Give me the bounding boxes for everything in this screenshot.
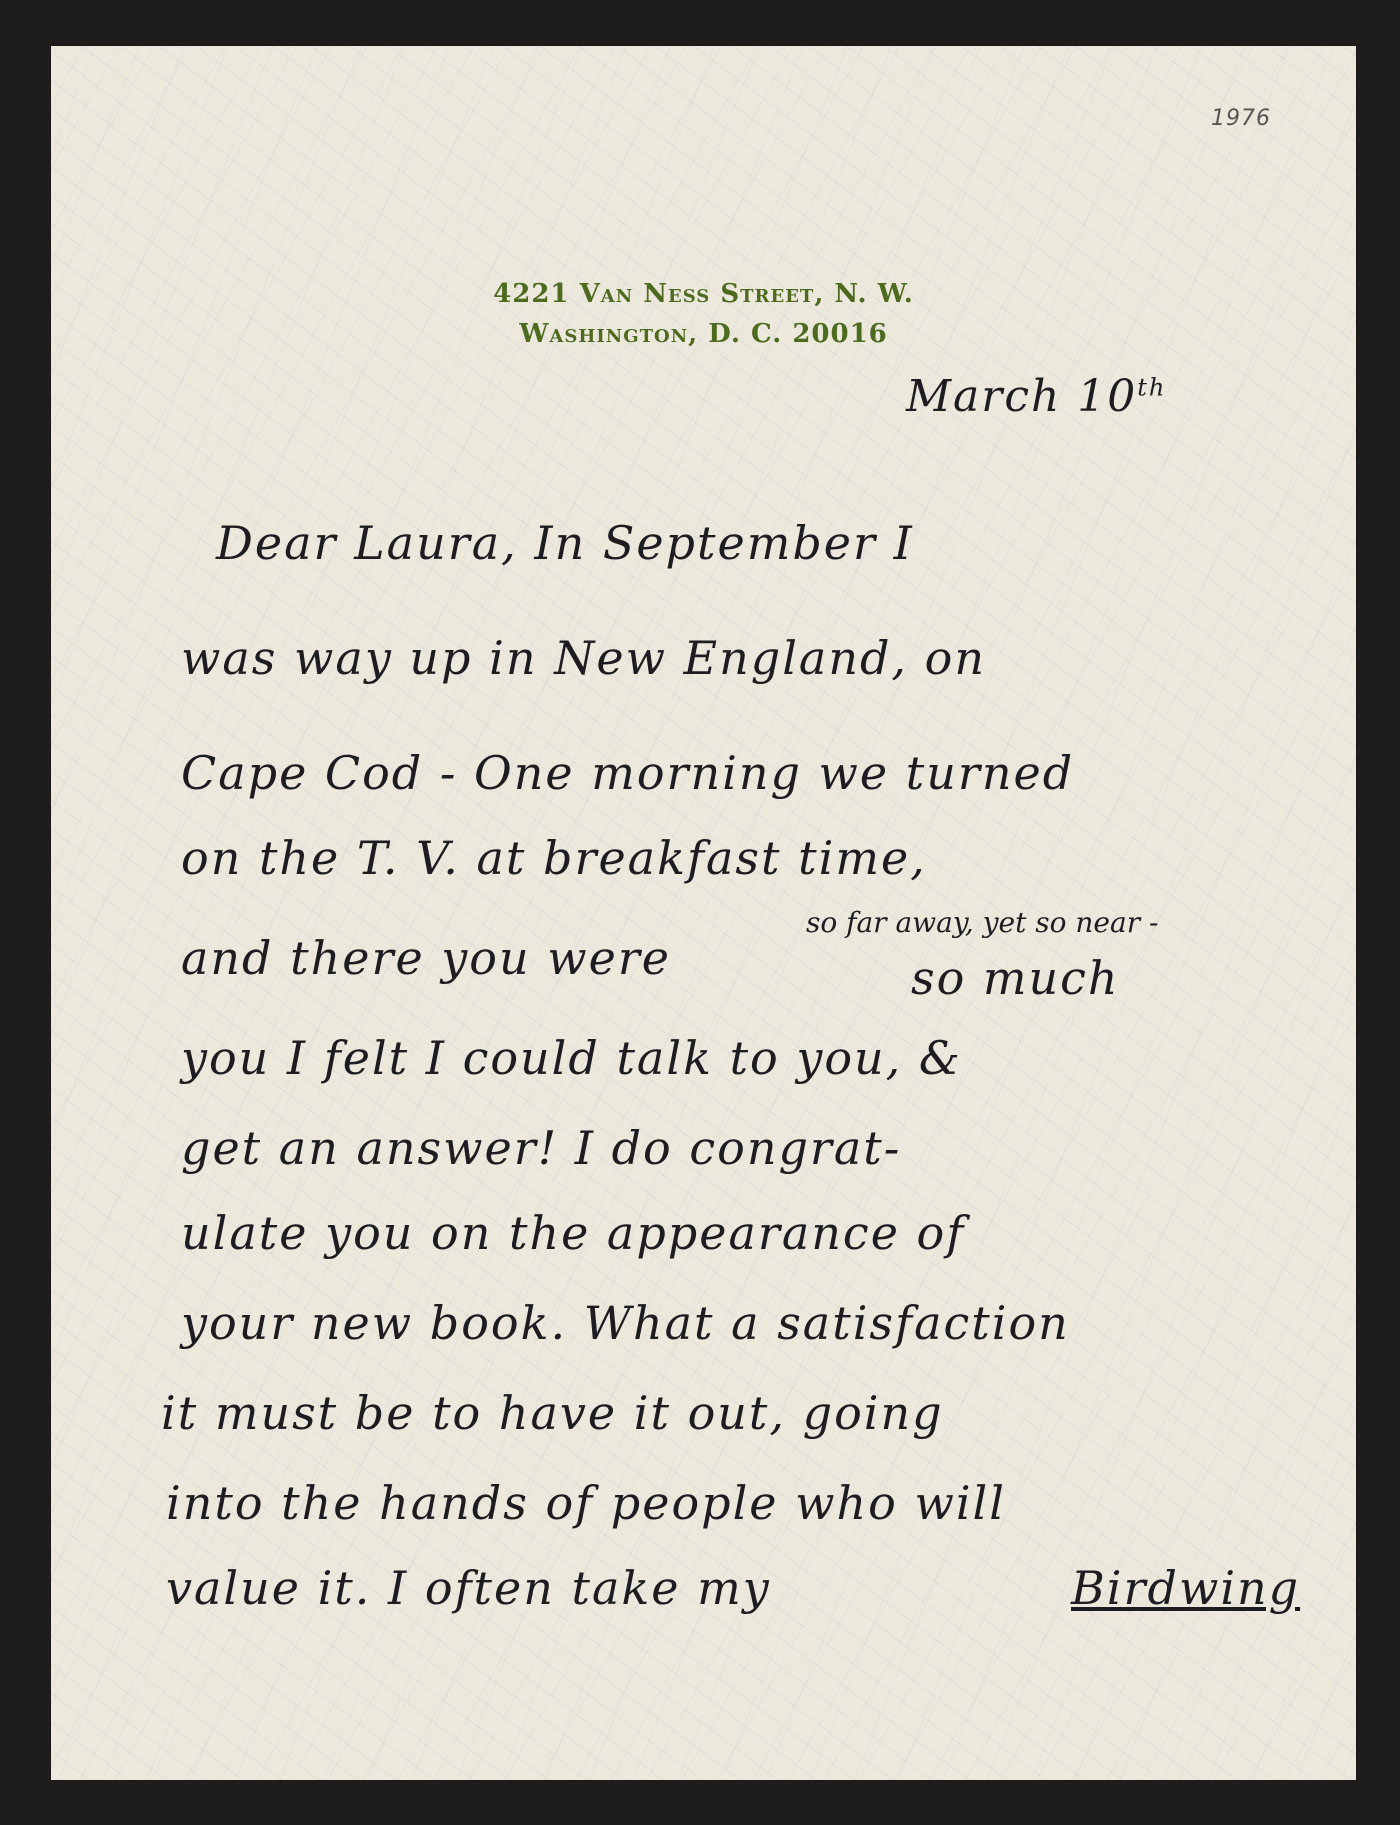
body-line-3: Cape Cod - One morning we turned: [181, 746, 1074, 800]
body-line-11: into the hands of people who will: [166, 1476, 1006, 1530]
date-suffix: th: [1137, 373, 1166, 401]
archive-year-annotation: 1976: [1211, 106, 1271, 131]
inserted-phrase: so far away, yet so near -: [806, 906, 1158, 939]
body-line-9: your new book. What a satisfaction: [181, 1296, 1070, 1350]
body-line-2: was way up in New England, on: [181, 631, 986, 685]
body-line-6: you I felt I could talk to you, &: [181, 1031, 962, 1085]
book-title-birdwing: Birdwing: [1071, 1561, 1300, 1615]
letterhead-street: 4221 Van Ness Street, N. W.: [51, 279, 1356, 309]
body-line-10: it must be to have it out, going: [161, 1386, 944, 1440]
body-line-5: and there you were: [181, 931, 671, 985]
body-line-4: on the T. V. at breakfast time,: [181, 831, 927, 885]
letter-page: 1976 4221 Van Ness Street, N. W. Washing…: [51, 46, 1356, 1780]
body-line-12: value it. I often take my: [166, 1561, 771, 1615]
letter-date: March 10th: [906, 371, 1166, 422]
date-text: March 10: [906, 371, 1137, 422]
letterhead-city: Washington, D. C. 20016: [51, 319, 1356, 349]
body-line-1: Dear Laura, In September I: [216, 516, 914, 570]
body-line-5b: so much: [911, 951, 1120, 1005]
body-line-7: get an answer! I do congrat-: [181, 1121, 901, 1175]
body-line-8: ulate you on the appearance of: [181, 1206, 965, 1260]
